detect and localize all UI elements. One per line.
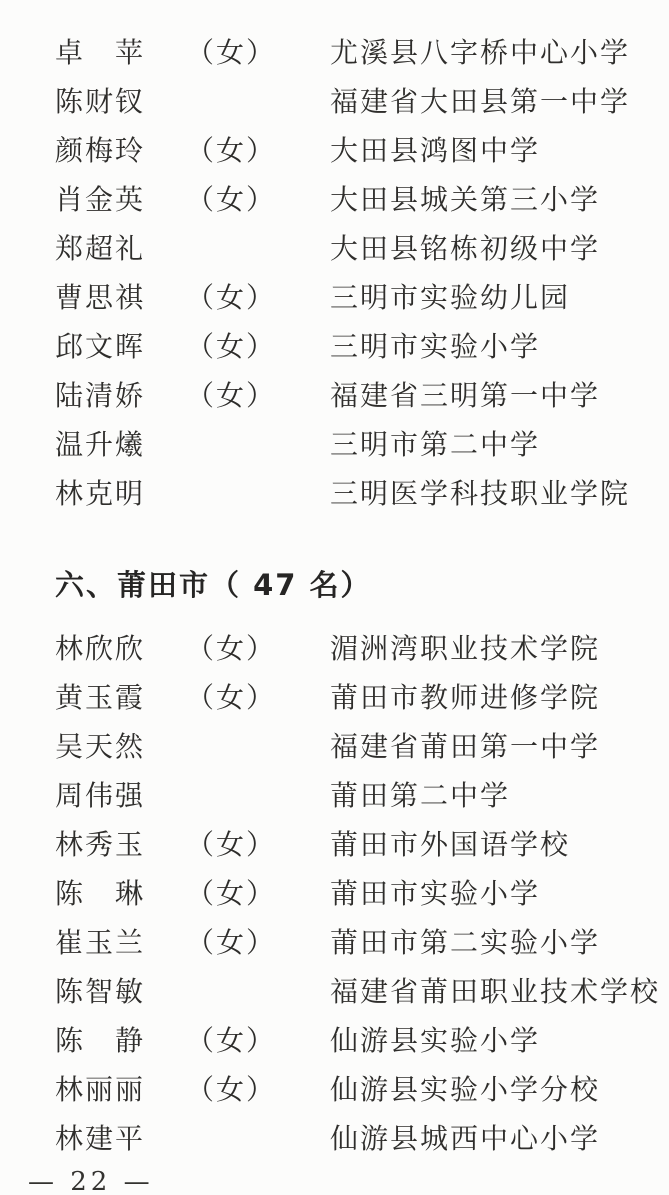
entry-name: 林秀玉 [55, 823, 186, 863]
entry-school: 三明医学科技职业学院 [330, 472, 669, 512]
entry-school: 莆田第二中学 [330, 774, 669, 814]
entry-name: 郑超礼 [55, 227, 186, 267]
entry-row: 黄玉霞 （女） 莆田市教师进修学院 [0, 671, 669, 720]
entry-row: 陈智敏 福建省莆田职业技术学校 [0, 965, 669, 1014]
entry-name: 颜梅玲 [55, 129, 186, 169]
entry-school: 福建省三明第一中学 [330, 374, 669, 414]
entry-row: 林秀玉 （女） 莆田市外国语学校 [0, 818, 669, 867]
entry-school: 三明市实验幼儿园 [330, 276, 669, 316]
entry-gender: （女） [186, 374, 330, 414]
entry-gender: （女） [186, 276, 330, 316]
entry-gender: （女） [186, 921, 330, 961]
entry-name: 林欣欣 [55, 627, 186, 667]
entry-school: 三明市实验小学 [330, 325, 669, 365]
entry-name: 黄玉霞 [55, 676, 186, 716]
entry-name: 曹思祺 [55, 276, 186, 316]
entry-school: 福建省莆田职业技术学校 [330, 970, 669, 1010]
entry-name: 林克明 [55, 472, 186, 512]
entry-row: 温升爔 三明市第二中学 [0, 418, 669, 467]
entry-name: 林丽丽 [55, 1068, 186, 1108]
entry-gender: （女） [186, 872, 330, 912]
entry-row: 周伟强 莆田第二中学 [0, 769, 669, 818]
entry-row: 邱文晖 （女） 三明市实验小学 [0, 320, 669, 369]
entry-row: 林建平 仙游县城西中心小学 [0, 1112, 669, 1161]
entry-gender: （女） [186, 627, 330, 667]
entry-row: 曹思祺 （女） 三明市实验幼儿园 [0, 271, 669, 320]
entry-row: 林克明 三明医学科技职业学院 [0, 467, 669, 516]
entry-list-sanming: 卓 苹 （女） 尤溪县八字桥中心小学 陈财钗 福建省大田县第一中学 颜梅玲 （女… [0, 0, 669, 516]
entry-row: 崔玉兰 （女） 莆田市第二实验小学 [0, 916, 669, 965]
entry-school: 仙游县实验小学 [330, 1019, 669, 1059]
entry-row: 陈 静 （女） 仙游县实验小学 [0, 1014, 669, 1063]
entry-name: 邱文晖 [55, 325, 186, 365]
entry-school: 三明市第二中学 [330, 423, 669, 463]
entry-name: 周伟强 [55, 774, 186, 814]
entry-gender: （女） [186, 31, 330, 71]
entry-row: 林欣欣 （女） 湄洲湾职业技术学院 [0, 622, 669, 671]
entry-name: 陈 静 [55, 1019, 186, 1059]
page-number: — 22 — [0, 1167, 669, 1195]
entry-school: 莆田市第二实验小学 [330, 921, 669, 961]
entry-name: 温升爔 [55, 423, 186, 463]
entry-gender: （女） [186, 823, 330, 863]
entry-list-putian: 林欣欣 （女） 湄洲湾职业技术学院 黄玉霞 （女） 莆田市教师进修学院 吴天然 … [0, 622, 669, 1161]
entry-row: 颜梅玲 （女） 大田县鸿图中学 [0, 124, 669, 173]
entry-name: 崔玉兰 [55, 921, 186, 961]
entry-school: 莆田市教师进修学院 [330, 676, 669, 716]
entry-name: 卓 苹 [55, 31, 186, 71]
entry-gender: （女） [186, 325, 330, 365]
entry-name: 肖金英 [55, 178, 186, 218]
entry-row: 陈财钗 福建省大田县第一中学 [0, 75, 669, 124]
entry-gender: （女） [186, 676, 330, 716]
entry-school: 仙游县实验小学分校 [330, 1068, 669, 1108]
entry-school: 尤溪县八字桥中心小学 [330, 31, 669, 71]
entry-school: 莆田市外国语学校 [330, 823, 669, 863]
entry-school: 湄洲湾职业技术学院 [330, 627, 669, 667]
entry-gender: （女） [186, 178, 330, 218]
entry-school: 大田县城关第三小学 [330, 178, 669, 218]
entry-row: 卓 苹 （女） 尤溪县八字桥中心小学 [0, 26, 669, 75]
entry-gender: （女） [186, 129, 330, 169]
entry-row: 陆清娇 （女） 福建省三明第一中学 [0, 369, 669, 418]
entry-name: 吴天然 [55, 725, 186, 765]
section-heading-putian: 六、莆田市（ 47 名） [0, 570, 669, 600]
entry-name: 陆清娇 [55, 374, 186, 414]
entry-row: 陈 琳 （女） 莆田市实验小学 [0, 867, 669, 916]
entry-row: 林丽丽 （女） 仙游县实验小学分校 [0, 1063, 669, 1112]
entry-name: 林建平 [55, 1117, 186, 1157]
entry-name: 陈 琳 [55, 872, 186, 912]
entry-gender: （女） [186, 1068, 330, 1108]
entry-school: 福建省莆田第一中学 [330, 725, 669, 765]
document-page: 卓 苹 （女） 尤溪县八字桥中心小学 陈财钗 福建省大田县第一中学 颜梅玲 （女… [0, 0, 669, 1195]
entry-row: 肖金英 （女） 大田县城关第三小学 [0, 173, 669, 222]
entry-gender: （女） [186, 1019, 330, 1059]
entry-school: 仙游县城西中心小学 [330, 1117, 669, 1157]
entry-row: 吴天然 福建省莆田第一中学 [0, 720, 669, 769]
entry-school: 福建省大田县第一中学 [330, 80, 669, 120]
entry-school: 大田县铭栋初级中学 [330, 227, 669, 267]
entry-name: 陈财钗 [55, 80, 186, 120]
entry-row: 郑超礼 大田县铭栋初级中学 [0, 222, 669, 271]
entry-school: 莆田市实验小学 [330, 872, 669, 912]
entry-name: 陈智敏 [55, 970, 186, 1010]
entry-school: 大田县鸿图中学 [330, 129, 669, 169]
